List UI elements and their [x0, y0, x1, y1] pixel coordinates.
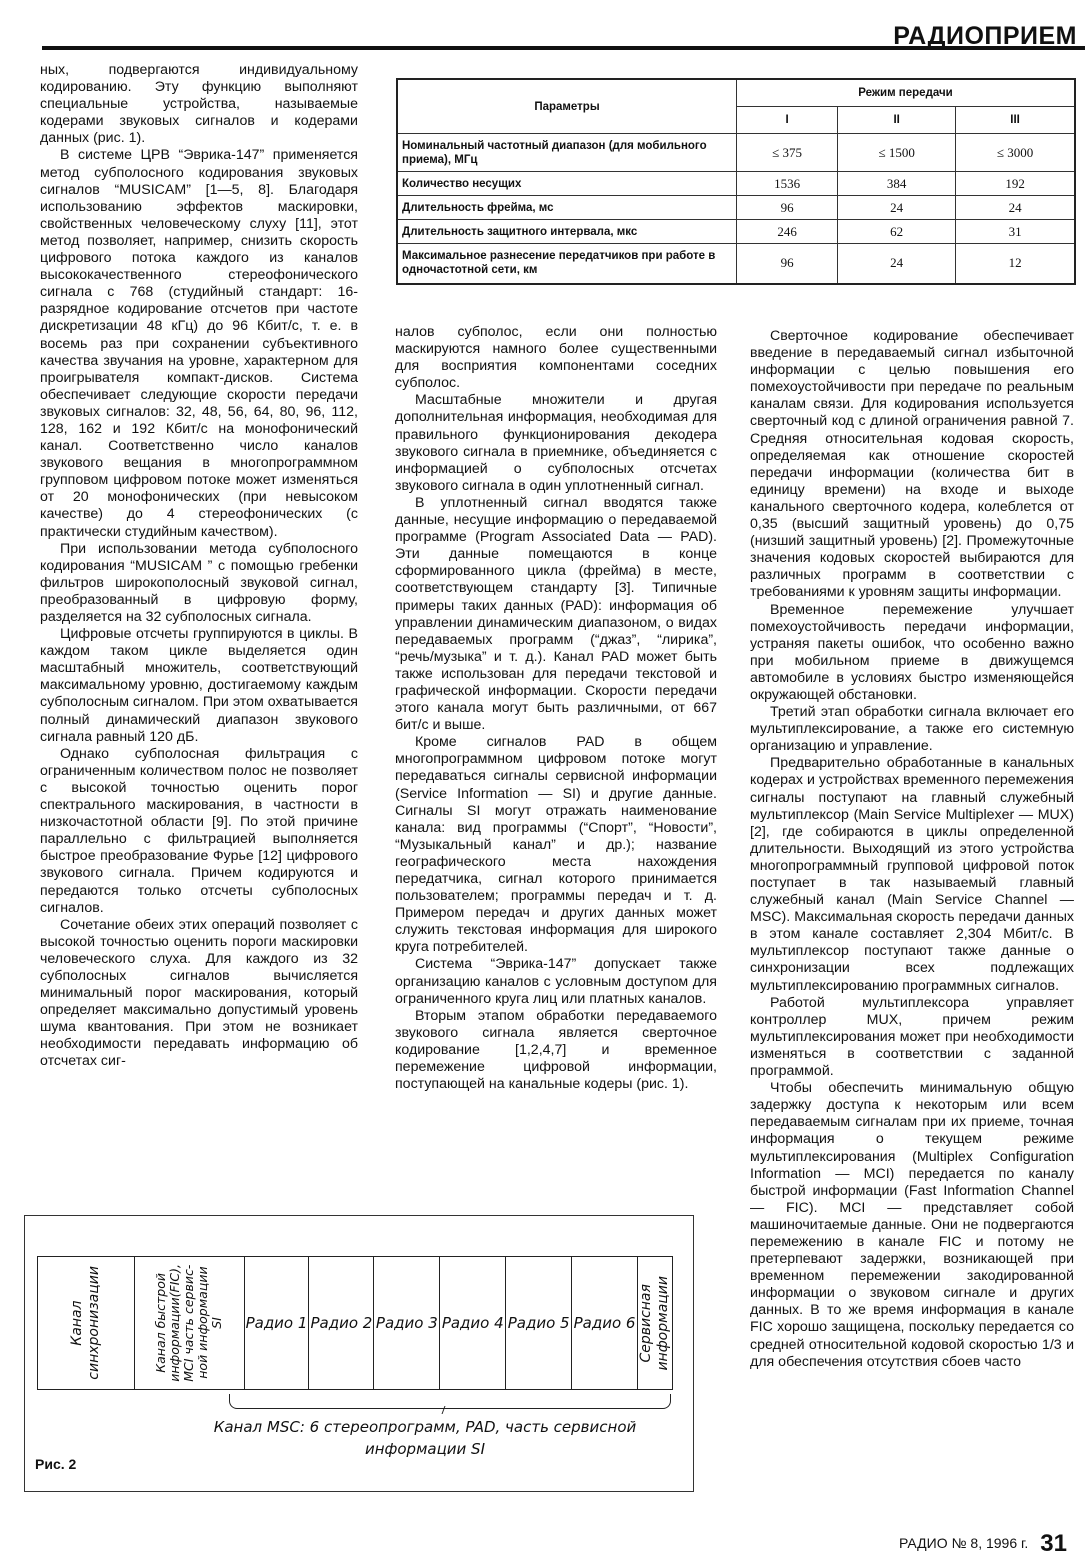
paragraph: Работой мультиплексора управляет контрол… [750, 995, 1074, 1080]
text-column-1: ных, подвергаются индивидуальному кодиро… [40, 62, 358, 1071]
param-name: Номинальный частотный диапазон (для моби… [397, 134, 737, 172]
param-value: ≤ 1500 [838, 134, 956, 172]
paragraph: Цифровые отсчеты группируются в циклы. В… [40, 626, 358, 746]
param-value: ≤ 3000 [956, 134, 1075, 172]
page-number: 31 [1040, 1530, 1067, 1557]
page-footer: РАДИО № 8, 1996 г.31 [899, 1530, 1067, 1558]
param-name: Длительность фрейма, мс [397, 196, 737, 220]
frame-structure-diagram: Канал синхронизации Канал быстрой информ… [37, 1256, 673, 1390]
param-value: 96 [737, 196, 838, 220]
parameters-table: Параметры Режим передачи I II III Номина… [396, 78, 1076, 285]
param-value: ≤ 375 [737, 134, 838, 172]
figure-label: Рис. 2 [35, 1456, 76, 1472]
paragraph: Вторым этапом обработки передаваемого зв… [395, 1008, 717, 1093]
cell-radio-2: Радио 2 [309, 1257, 374, 1389]
paragraph: При использовании метода субполосного ко… [40, 541, 358, 626]
param-value: 192 [956, 172, 1075, 196]
msc-brace-tip [442, 1406, 454, 1414]
paragraph: Предварительно обработанные в канальных … [750, 755, 1074, 994]
mode-header: II [838, 107, 956, 134]
param-value: 62 [838, 220, 956, 244]
param-value: 96 [737, 244, 838, 284]
paragraph: ных, подвергаются индивидуальному кодиро… [40, 62, 358, 147]
cell-radio-5: Радио 5 [506, 1257, 572, 1389]
table-row: Максимальное разнесение передатчиков при… [397, 244, 1075, 284]
cell-fic-channel: Канал быстрой информации(FIC), MCI часть… [135, 1257, 244, 1389]
cell-sync-channel: Канал синхронизации [38, 1257, 135, 1389]
param-value: 384 [838, 172, 956, 196]
paragraph: Масштабные множители и другая дополнител… [395, 392, 717, 495]
cell-radio-1: Радио 1 [245, 1257, 310, 1389]
paragraph: В системе ЦРВ “Эврика-147” применяется м… [40, 147, 358, 540]
header-rule [42, 46, 1085, 50]
param-value: 12 [956, 244, 1075, 284]
table-header-params: Параметры [397, 79, 737, 134]
paragraph: Чтобы обеспечить минимальную общую задер… [750, 1080, 1074, 1371]
param-value: 24 [956, 196, 1075, 220]
table-row: Длительность фрейма, мс 96 24 24 [397, 196, 1075, 220]
paragraph: Сочетание обеих этих операций позволяет … [40, 917, 358, 1071]
cell-service-info: Сервисная информации [638, 1257, 672, 1389]
text-column-2: налов субполос, если они полностью маски… [395, 324, 717, 1093]
paragraph: В уплотненный сигнал вводятся также данн… [395, 495, 717, 734]
param-value: 1536 [737, 172, 838, 196]
cell-radio-6: Радио 6 [572, 1257, 638, 1389]
cell-radio-3: Радио 3 [374, 1257, 440, 1389]
journal-issue: РАДИО № 8, 1996 г. [899, 1535, 1028, 1551]
paragraph: Система “Эврика-147” допускает также орг… [395, 956, 717, 1007]
param-value: 31 [956, 220, 1075, 244]
paragraph: налов субполос, если они полностью маски… [395, 324, 717, 392]
paragraph: Кроме сигналов PAD в общем многопрограмм… [395, 734, 717, 956]
table-row: Длительность защитного интервала, мкс 24… [397, 220, 1075, 244]
text-column-3: Сверточное кодирование обеспечивает введ… [750, 328, 1074, 1371]
msc-caption: Канал MSC: 6 стереопрограмм, PAD, часть … [195, 1416, 655, 1460]
param-name: Длительность защитного интервала, мкс [397, 220, 737, 244]
param-name: Количество несущих [397, 172, 737, 196]
paragraph: Однако субполосная фильтрация с ограниче… [40, 746, 358, 917]
paragraph: Сверточное кодирование обеспечивает введ… [750, 328, 1074, 602]
table-header-mode: Режим передачи [737, 79, 1076, 107]
param-value: 246 [737, 220, 838, 244]
cell-radio-4: Радио 4 [440, 1257, 506, 1389]
param-value: 24 [838, 244, 956, 284]
paragraph: Временное перемежение улучшает помехоуст… [750, 602, 1074, 705]
param-value: 24 [838, 196, 956, 220]
table-row: Количество несущих 1536 384 192 [397, 172, 1075, 196]
figure-2: Канал синхронизации Канал быстрой информ… [24, 1215, 694, 1492]
mode-header: I [737, 107, 838, 134]
table-row: Номинальный частотный диапазон (для моби… [397, 134, 1075, 172]
mode-header: III [956, 107, 1075, 134]
param-name: Максимальное разнесение передатчиков при… [397, 244, 737, 284]
paragraph: Третий этап обработки сигнала включает е… [750, 704, 1074, 755]
